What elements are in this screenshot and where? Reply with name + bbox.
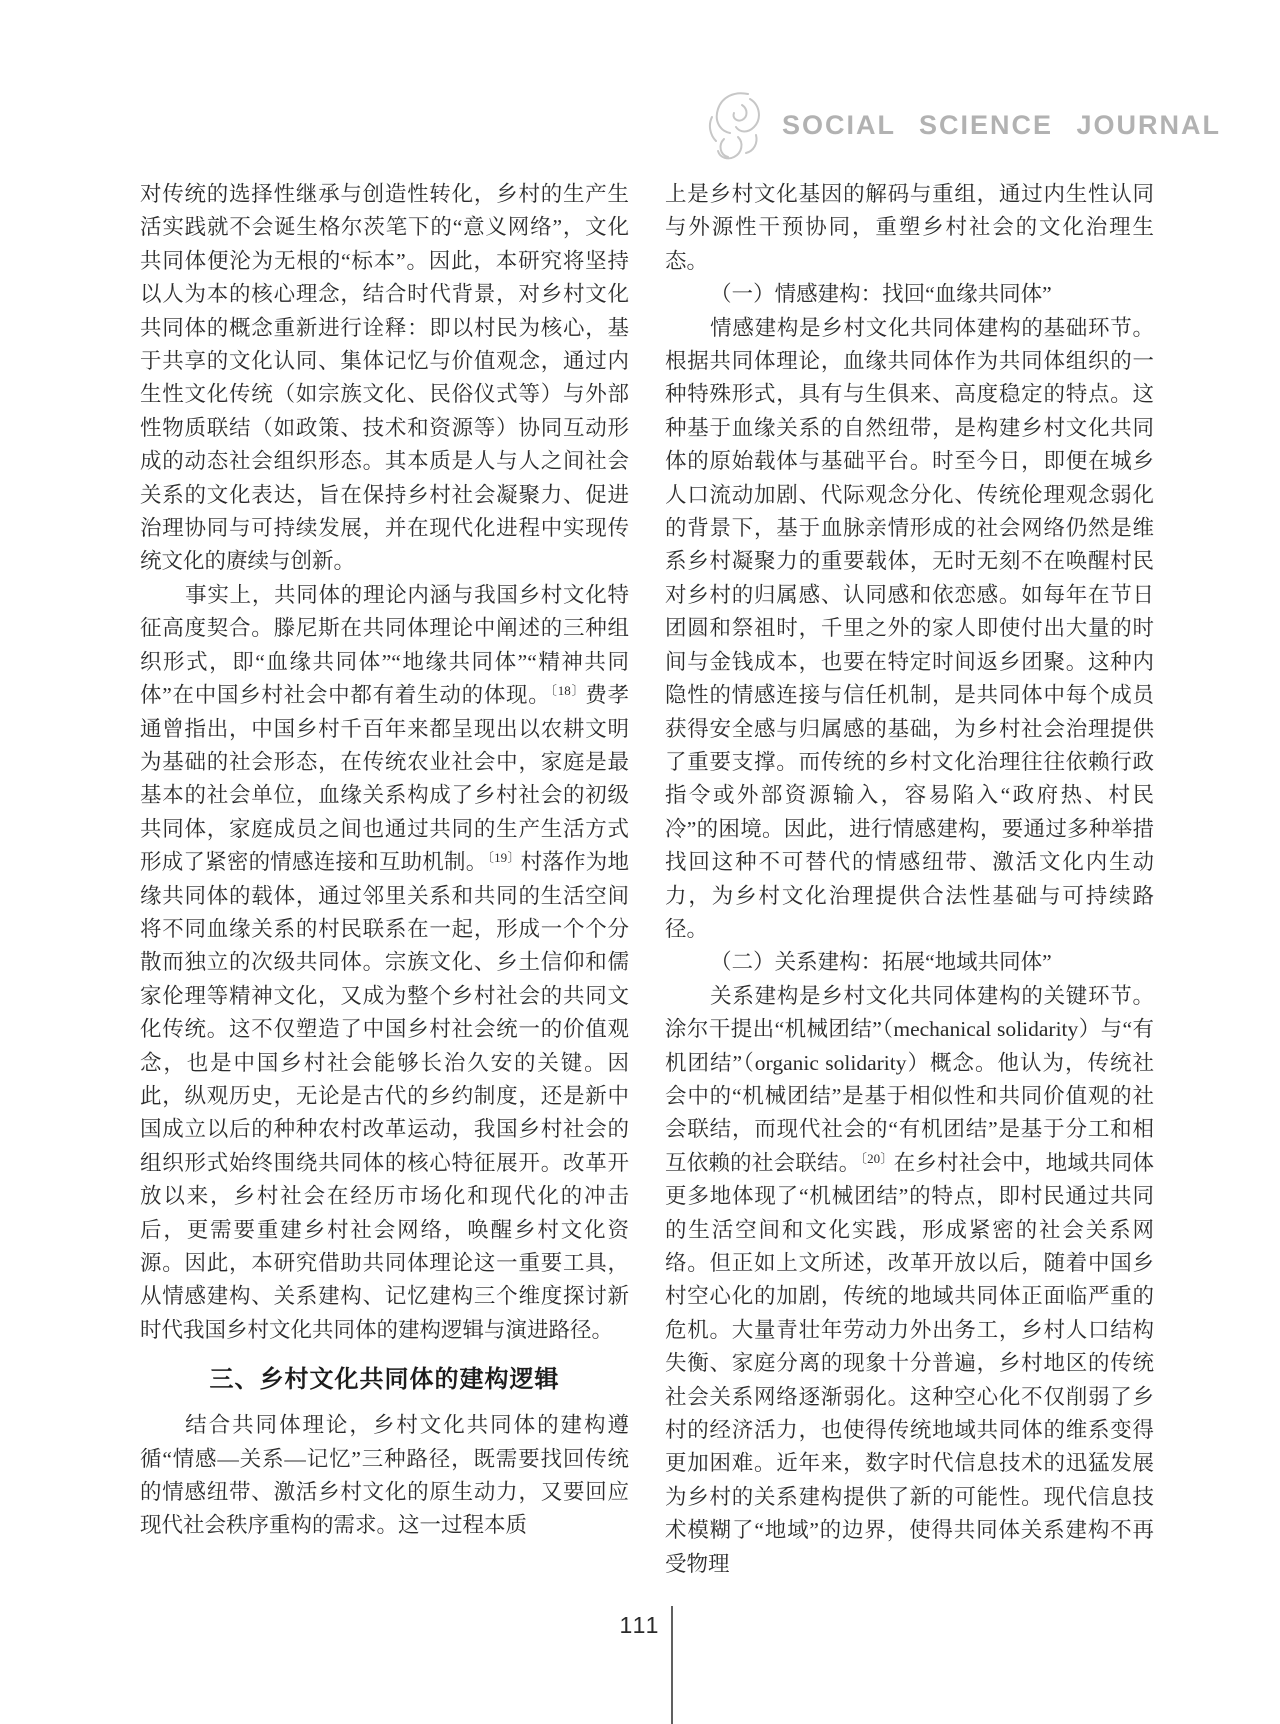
paragraph: 事实上，共同体的理论内涵与我国乡村文化特征高度契合。滕尼斯在共同体理论中阐述的三… <box>140 579 629 1347</box>
paragraph: 上是乡村文化基因的解码与重组，通过内生性认同与外源性干预协同，重塑乡村社会的文化… <box>665 178 1154 278</box>
left-column: 对传统的选择性继承与创造性转化，乡村的生产生活实践就不会诞生格尔茨笔下的“意义网… <box>140 178 629 1581</box>
article-body: 对传统的选择性继承与创造性转化，乡村的生产生活实践就不会诞生格尔茨笔下的“意义网… <box>140 178 1154 1581</box>
paragraph: 对传统的选择性继承与创造性转化，乡村的生产生活实践就不会诞生格尔茨笔下的“意义网… <box>140 178 629 579</box>
footer-divider-line <box>671 1606 673 1724</box>
citation-marker: 〔19〕 <box>487 850 520 865</box>
section-heading: 三、乡村文化共同体的建构逻辑 <box>140 1364 629 1396</box>
paragraph: 情感建构是乡村文化共同体建构的基础环节。根据共同体理论，血缘共同体作为共同体组织… <box>665 312 1154 947</box>
citation-marker: 〔20〕 <box>860 1151 893 1166</box>
subsection-heading: （二）关系建构：拓展“地域共同体” <box>665 946 1154 979</box>
text-segment: 情感建构是乡村文化共同体建构的基础环节。根据共同体理论，血缘共同体作为共同体组织… <box>665 316 1154 941</box>
page-number: 111 <box>598 1612 682 1639</box>
text-segment: 对传统的选择性继承与创造性转化，乡村的生产生活实践就不会诞生格尔茨笔下的“意义网… <box>140 182 629 573</box>
text-segment: 费孝通曾指出，中国乡村千百年来都呈现出以农耕文明为基础的社会形态，在传统农业社会… <box>140 683 629 874</box>
phoenix-swirl-icon <box>704 86 766 164</box>
text-segment: 上是乡村文化基因的解码与重组，通过内生性认同与外源性干预协同，重塑乡村社会的文化… <box>665 182 1154 273</box>
right-column: 上是乡村文化基因的解码与重组，通过内生性认同与外源性干预协同，重塑乡村社会的文化… <box>665 178 1154 1581</box>
journal-name: SOCIAL SCIENCE JOURNAL <box>782 110 1221 141</box>
paragraph: 关系建构是乡村文化共同体建构的关键环节。涂尔干提出“机械团结”（mechanic… <box>665 980 1154 1581</box>
text-segment: 关系建构是乡村文化共同体建构的关键环节。涂尔干提出“机械团结”（mechanic… <box>665 984 1154 1175</box>
text-segment: 在乡村社会中，地域共同体更多地体现了“机械团结”的特点，即村民通过共同的生活空间… <box>665 1151 1154 1576</box>
text-segment: 村落作为地缘共同体的载体，通过邻里关系和共同的生活空间将不同血缘关系的村民联系在… <box>140 850 629 1342</box>
journal-page: SOCIAL SCIENCE JOURNAL 对传统的选择性继承与创造性转化，乡… <box>0 0 1280 1724</box>
page-header: SOCIAL SCIENCE JOURNAL <box>704 86 1221 164</box>
paragraph: 结合共同体理论，乡村文化共同体的建构遵循“情感—关系—记忆”三种路径，既需要找回… <box>140 1409 629 1543</box>
subsection-heading: （一）情感建构：找回“血缘共同体” <box>665 278 1154 311</box>
citation-marker: 〔18〕 <box>551 683 586 698</box>
text-segment: 结合共同体理论，乡村文化共同体的建构遵循“情感—关系—记忆”三种路径，既需要找回… <box>140 1413 629 1537</box>
